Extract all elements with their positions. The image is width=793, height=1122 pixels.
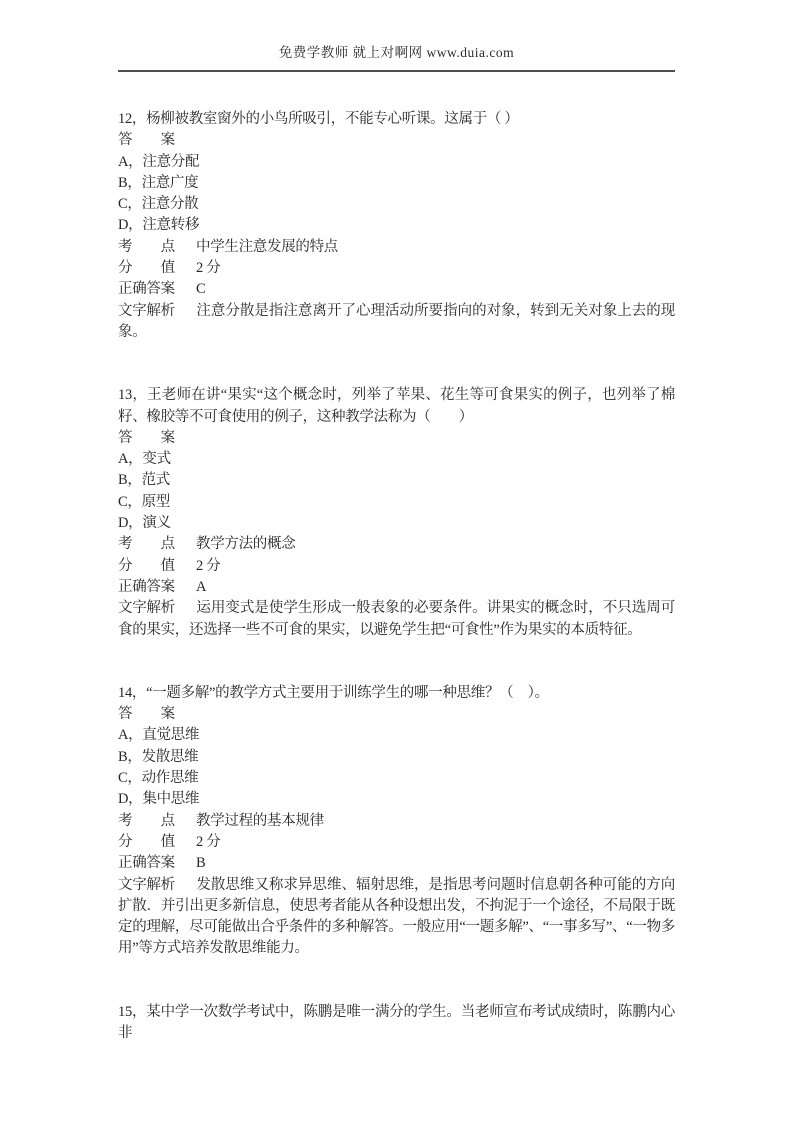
- exam-point-label: 考 点: [118, 237, 196, 258]
- explanation-row: 文字解析注意分散是指注意离开了心理活动所要指向的对象，转到无关对象上去的现象。: [118, 301, 675, 344]
- exam-point-value: 教学过程的基本规律: [196, 813, 324, 829]
- option-a: A，注意分配: [118, 152, 675, 173]
- option-c: C，原型: [118, 492, 675, 513]
- answer-label: 答 案: [118, 130, 196, 151]
- option-a: A，直觉思维: [118, 725, 675, 746]
- exam-point-value: 教学方法的概念: [196, 536, 295, 552]
- option-c: C，动作思维: [118, 768, 675, 789]
- option-b: B，注意广度: [118, 173, 675, 194]
- score-value: 2 分: [196, 834, 220, 850]
- score-row: 分 值2 分: [118, 832, 675, 853]
- correct-answer-label: 正确答案: [118, 853, 196, 874]
- option-c: C，注意分散: [118, 194, 675, 215]
- correct-answer-row: 正确答案A: [118, 577, 675, 598]
- score-value: 2 分: [196, 260, 220, 276]
- exam-point-label: 考 点: [118, 811, 196, 832]
- question-block-14: 14，“一题多解”的教学方式主要用于训练学生的哪一种思维？（ ）。 答 案 A，…: [118, 683, 675, 960]
- question-stem: 12，杨柳被教室窗外的小鸟所吸引，不能专心听课。这属于（ ）: [118, 109, 675, 130]
- score-row: 分 值2 分: [118, 258, 675, 279]
- document-page: 免费学教师 就上对啊网 www.duia.com 12，杨柳被教室窗外的小鸟所吸…: [0, 0, 793, 1122]
- header-title: 免费学教师 就上对啊网 www.duia.com: [279, 45, 514, 60]
- answer-label: 答 案: [118, 428, 196, 449]
- answer-label: 答 案: [118, 704, 196, 725]
- correct-answer-value: A: [196, 579, 206, 595]
- content-column: 免费学教师 就上对啊网 www.duia.com 12，杨柳被教室窗外的小鸟所吸…: [118, 0, 675, 1044]
- correct-answer-label: 正确答案: [118, 577, 196, 598]
- correct-answer-value: B: [196, 855, 205, 871]
- score-label: 分 值: [118, 832, 196, 853]
- option-b: B，发散思维: [118, 747, 675, 768]
- correct-answer-value: C: [196, 281, 205, 297]
- question-stem: 13，王老师在讲“果实“这个概念时，列举了苹果、花生等可食果实的例子，也列举了棉…: [118, 385, 675, 428]
- answer-heading: 答 案: [118, 704, 675, 725]
- score-label: 分 值: [118, 258, 196, 279]
- header-divider: [118, 70, 675, 72]
- explanation-row: 文字解析发散思维又称求异思维、辐射思维，是指思考问题时信息朝各种可能的方向扩散．…: [118, 875, 675, 960]
- question-stem: 14，“一题多解”的教学方式主要用于训练学生的哪一种思维？（ ）。: [118, 683, 675, 704]
- explanation-label: 文字解析: [118, 875, 196, 896]
- exam-point-row: 考 点教学方法的概念: [118, 534, 675, 555]
- option-a: A，变式: [118, 449, 675, 470]
- explanation-label: 文字解析: [118, 301, 196, 322]
- exam-point-row: 考 点中学生注意发展的特点: [118, 237, 675, 258]
- question-block-13: 13，王老师在讲“果实“这个概念时，列举了苹果、花生等可食果实的例子，也列举了棉…: [118, 385, 675, 641]
- score-label: 分 值: [118, 556, 196, 577]
- correct-answer-row: 正确答案C: [118, 279, 675, 300]
- document-body: 12，杨柳被教室窗外的小鸟所吸引，不能专心听课。这属于（ ） 答 案 A，注意分…: [118, 109, 675, 1044]
- score-value: 2 分: [196, 558, 220, 574]
- option-d: D，注意转移: [118, 215, 675, 236]
- exam-point-value: 中学生注意发展的特点: [196, 239, 338, 255]
- option-d: D，演义: [118, 513, 675, 534]
- answer-heading: 答 案: [118, 428, 675, 449]
- answer-heading: 答 案: [118, 130, 675, 151]
- exam-point-label: 考 点: [118, 534, 196, 555]
- option-d: D，集中思维: [118, 789, 675, 810]
- explanation-text: 发散思维又称求异思维、辐射思维，是指思考问题时信息朝各种可能的方向扩散．并引出更…: [118, 877, 675, 957]
- explanation-text: 运用变式是使学生形成一般表象的必要条件。讲果实的概念时，不只选周可食的果实，还选…: [118, 600, 675, 637]
- correct-answer-label: 正确答案: [118, 279, 196, 300]
- correct-answer-row: 正确答案B: [118, 853, 675, 874]
- explanation-label: 文字解析: [118, 598, 196, 619]
- question-block-12: 12，杨柳被教室窗外的小鸟所吸引，不能专心听课。这属于（ ） 答 案 A，注意分…: [118, 109, 675, 343]
- option-b: B，范式: [118, 470, 675, 491]
- question-block-15: 15，某中学一次数学考试中，陈鹏是唯一满分的学生。当老师宣布考试成绩时，陈鹏内心…: [118, 1002, 675, 1045]
- question-stem: 15，某中学一次数学考试中，陈鹏是唯一满分的学生。当老师宣布考试成绩时，陈鹏内心…: [118, 1002, 675, 1045]
- page-header: 免费学教师 就上对啊网 www.duia.com: [118, 0, 675, 61]
- explanation-row: 文字解析运用变式是使学生形成一般表象的必要条件。讲果实的概念时，不只选周可食的果…: [118, 598, 675, 641]
- explanation-text: 注意分散是指注意离开了心理活动所要指向的对象，转到无关对象上去的现象。: [118, 303, 675, 340]
- exam-point-row: 考 点教学过程的基本规律: [118, 811, 675, 832]
- score-row: 分 值2 分: [118, 556, 675, 577]
